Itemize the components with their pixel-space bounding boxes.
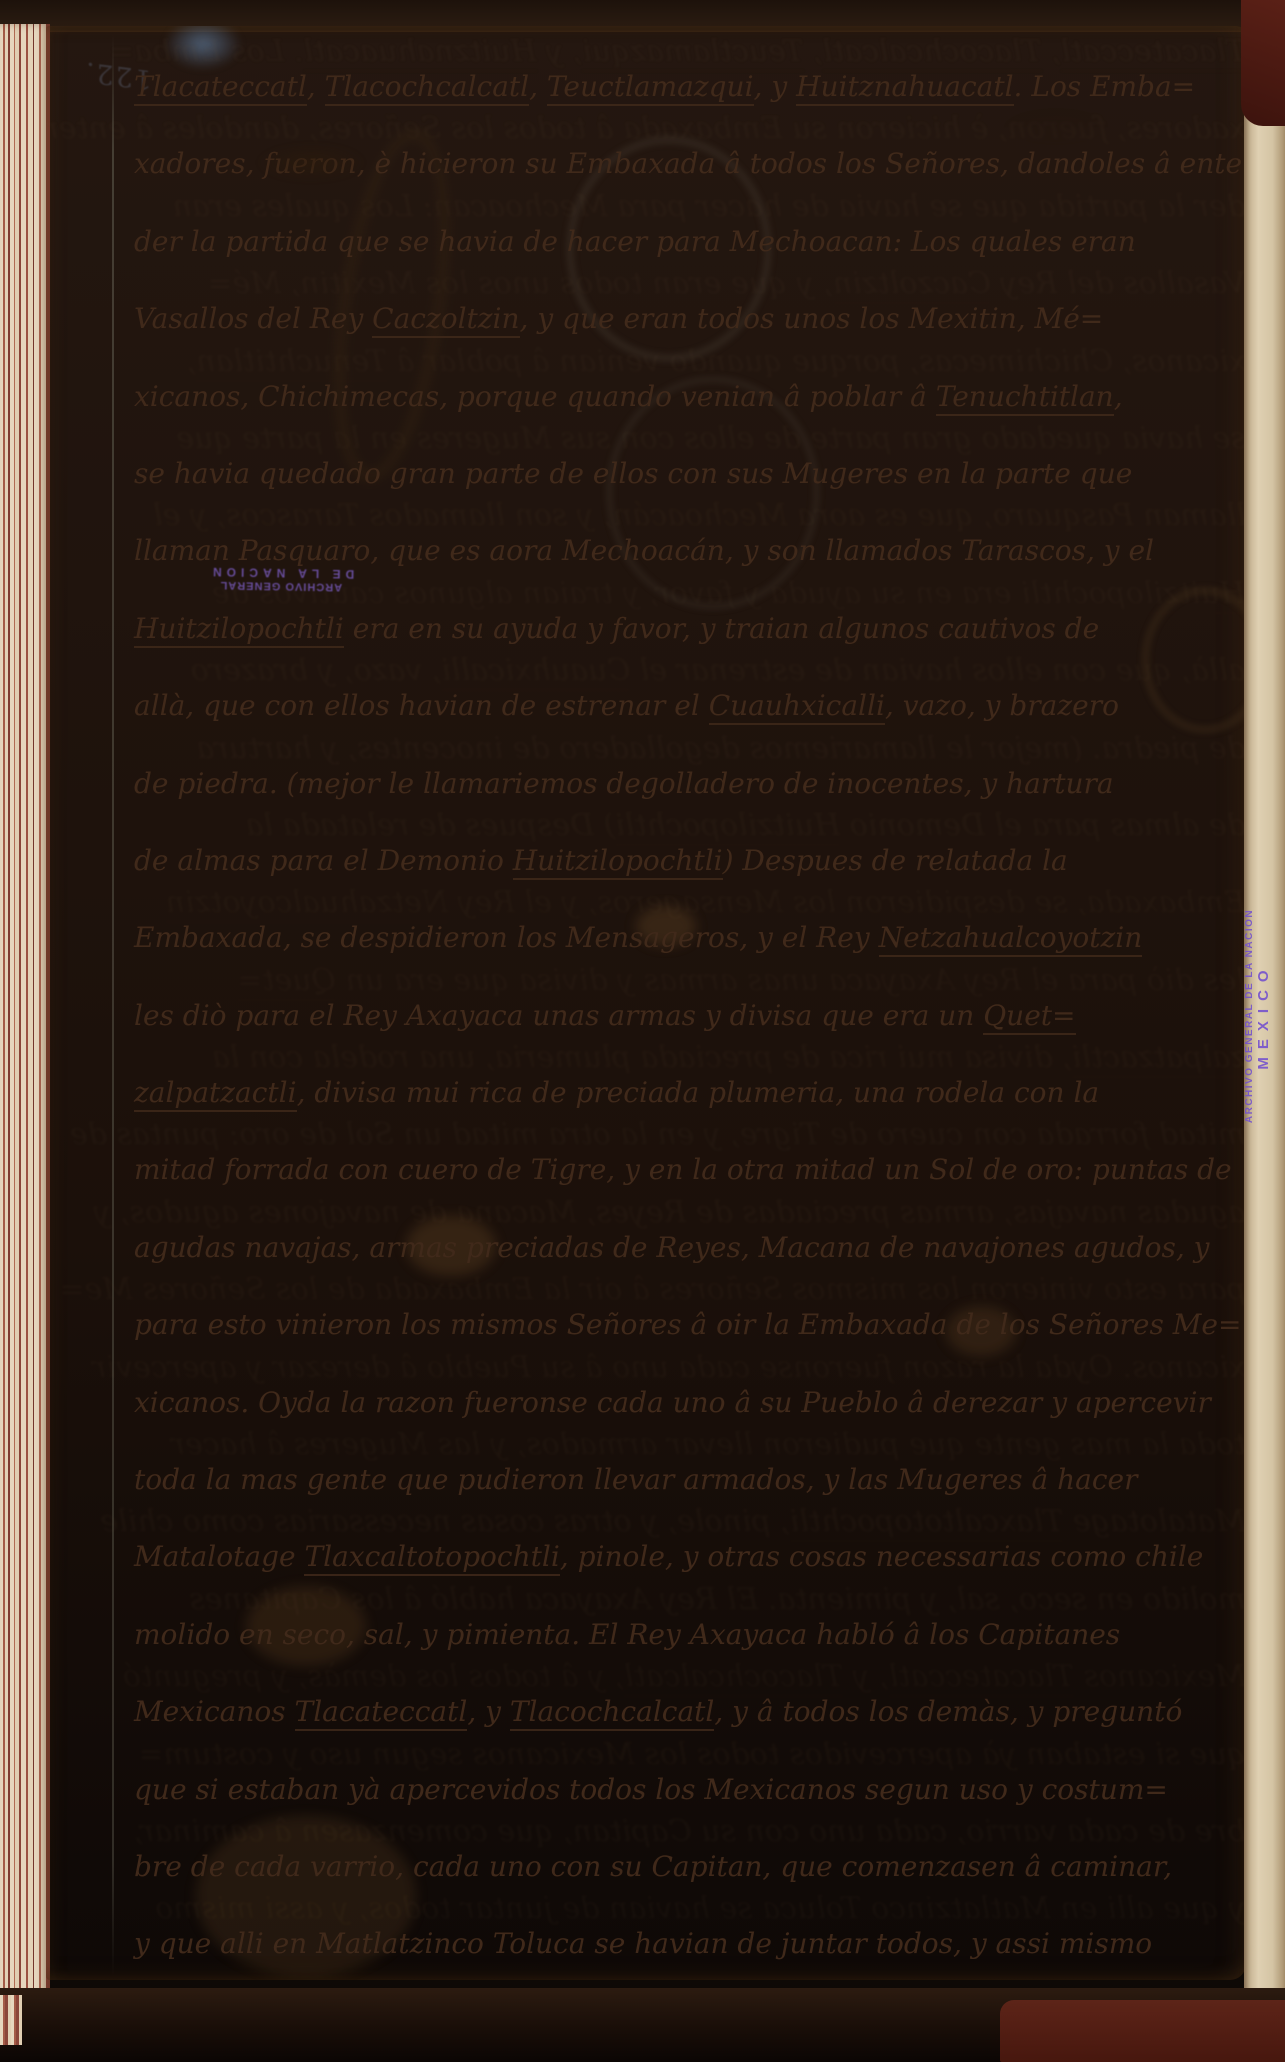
underlined-word: zalpatzactli: [134, 1076, 297, 1112]
text-segment: Matalotage: [134, 1540, 304, 1573]
underlined-word: Huitznahuacatl: [796, 70, 1013, 106]
text-segment: xadores,: [134, 147, 263, 180]
underlined-word: Tlaxcaltotopochtli: [304, 1540, 559, 1576]
manuscript-line: llaman Pasquaro, que es aora Mechoacán, …: [134, 512, 1240, 589]
manuscript-line: zalpatzactli, divisa mui rica de preciad…: [134, 1054, 1240, 1131]
text-segment: xicanos, Chichimecas, porque quando veni…: [134, 380, 936, 413]
manuscript-line: se havia quedado gran parte de ellos con…: [134, 435, 1240, 512]
manuscript-line: xadores, fueron, è hicieron su Embaxada …: [134, 125, 1240, 202]
text-segment: allà, que con ellos havian de estrenar e…: [134, 689, 709, 722]
text-segment: mitad forrada con cuero de Tigre, y en l…: [134, 1153, 1232, 1186]
text-segment: , y: [467, 1695, 510, 1728]
manuscript-line: Tlacateccatl, Tlacochcalcatl, Teuctlamaz…: [134, 48, 1240, 125]
text-segment: Vasallos del Rey: [134, 302, 372, 335]
underlined-word: Caczoltzin: [372, 302, 519, 338]
text-segment: bre de cada varrio, cada uno con su Capi…: [134, 1850, 1172, 1883]
book-cover-corner-bottom-right: [1000, 2000, 1285, 2062]
manuscript-line: agudas navajas, armas preciadas de Reyes…: [134, 1209, 1240, 1286]
text-segment: , y: [754, 70, 797, 103]
manuscript-line: que si estaban yà apercevidos todos los …: [134, 1751, 1240, 1828]
archive-stamp-line2: MEXICO: [1255, 866, 1272, 1166]
text-segment: , è hicieron su Embaxada â todos los Señ…: [357, 147, 1246, 180]
text-segment: se havia quedado gran parte de ellos con…: [134, 457, 1132, 490]
manuscript-line: para esto vinieron los mismos Señores â …: [134, 1286, 1240, 1363]
margin-rule-line: [112, 34, 114, 1976]
underlined-word: Quet=: [983, 999, 1075, 1035]
underlined-word: Huitzilopochtli: [134, 612, 344, 648]
text-segment: fueron: [263, 147, 356, 180]
manuscript-line: de almas para el Demonio Huitzilopochtli…: [134, 822, 1240, 899]
text-segment: , y que eran todos unos los Mexitin, Mé=: [520, 302, 1104, 335]
text-segment: de almas para el Demonio: [134, 844, 513, 877]
manuscript-line: Embaxada, se despidieron los Mensageros,…: [134, 899, 1240, 976]
text-segment: ,: [307, 70, 325, 103]
binding-marbled-edge: [0, 24, 50, 1999]
text-segment: de piedra. (mejor le llamariemos degolla…: [134, 767, 1114, 800]
manuscript-line: toda la mas gente que pudieron llevar ar…: [134, 1441, 1240, 1518]
text-segment: que si estaban yà apercevidos todos los …: [134, 1773, 1168, 1806]
manuscript-line: mitad forrada con cuero de Tigre, y en l…: [134, 1131, 1240, 1208]
text-block: Tlacateccatl, Tlacochcalcatl, Teuctlamaz…: [134, 48, 1240, 1980]
manuscript-line: de piedra. (mejor le llamariemos degolla…: [134, 745, 1240, 822]
text-segment: molido en seco, sal, y pimienta. El Rey …: [134, 1618, 1120, 1651]
text-segment: ,: [1114, 380, 1123, 413]
text-segment: toda la mas gente que pudieron llevar ar…: [134, 1463, 1138, 1496]
underlined-word: Huitzilopochtli: [513, 844, 723, 880]
book-photo: 122. Tlacateccatl, Tlacochcalcatl, Teuct…: [0, 0, 1285, 2062]
underlined-word: Cuauhxicalli: [709, 689, 885, 725]
book-cover-corner-top-right: [1241, 0, 1285, 126]
text-segment: ) Despues de relatada la: [723, 844, 1068, 877]
text-segment: llaman Pasquaro, que es aora Mechoacán, …: [134, 534, 1154, 567]
manuscript-line: allà, que con ellos havian de estrenar e…: [134, 667, 1240, 744]
text-segment: les diò para el Rey Axayaca unas armas y…: [134, 999, 983, 1032]
text-segment: para esto vinieron los mismos Señores â …: [134, 1308, 1241, 1341]
manuscript-line: xicanos. Oyda la razon fueronse cada uno…: [134, 1364, 1240, 1441]
archive-stamp-vertical: ARCHIVO GENERAL DE LA NACION MEXICO: [1244, 866, 1280, 1166]
underlined-word: Tlacateccatl: [295, 1695, 468, 1731]
text-segment: , divisa mui rica de preciada plumeria, …: [297, 1076, 1100, 1109]
manuscript-line: Vasallos del Rey Caczoltzin, y que eran …: [134, 280, 1240, 357]
underlined-word: Netzahualcoyotzin: [879, 921, 1143, 957]
manuscript-line: bre de cada varrio, cada uno con su Capi…: [134, 1828, 1240, 1905]
page-stack-edge: [52, 1968, 1232, 1988]
manuscript-line: xicanos, Chichimecas, porque quando veni…: [134, 358, 1240, 435]
manuscript-line: Matalotage Tlaxcaltotopochtli, pinole, y…: [134, 1518, 1240, 1595]
text-segment: Mexicanos: [134, 1695, 295, 1728]
manuscript-line: der la partida que se havia de hacer par…: [134, 203, 1240, 280]
manuscript-line: Huitzilopochtli era en su ayuda y favor,…: [134, 590, 1240, 667]
text-segment: . Los Emba=: [1014, 70, 1196, 103]
binding-corner-bottom-left: [0, 1995, 22, 2045]
manuscript-line: Mexicanos Tlacateccatl, y Tlacochcalcatl…: [134, 1673, 1240, 1750]
text-segment: , y â todos los demàs, y preguntó: [714, 1695, 1182, 1728]
underlined-word: Tlacochcalcatl: [510, 1695, 715, 1731]
text-segment: , pinole, y otras cosas necessarias como…: [560, 1540, 1204, 1573]
text-segment: Embaxada, se despidieron los Mensageros,…: [134, 921, 879, 954]
text-segment: xicanos. Oyda la razon fueronse cada uno…: [134, 1386, 1211, 1419]
text-segment: era en su ayuda y favor, y traian alguno…: [344, 612, 1099, 645]
text-segment: , vazo, y brazero: [885, 689, 1119, 722]
text-segment: der la partida que se havia de hacer par…: [134, 225, 1136, 258]
underlined-word: Teuctlamazqui: [547, 70, 754, 106]
manuscript-line: les diò para el Rey Axayaca unas armas y…: [134, 977, 1240, 1054]
text-segment: y que alli en Matlatzinco Toluca se havi…: [134, 1927, 1152, 1960]
text-segment: ,: [529, 70, 547, 103]
manuscript-page: 122. Tlacateccatl, Tlacochcalcatl, Teuct…: [46, 26, 1246, 1980]
facing-page-edge: ARCHIVO GENERAL DE LA NACION MEXICO: [1244, 108, 1285, 2010]
underlined-word: Tlacochcalcatl: [325, 70, 530, 106]
underlined-word: Tlacateccatl: [134, 70, 307, 106]
manuscript-line: molido en seco, sal, y pimienta. El Rey …: [134, 1596, 1240, 1673]
underlined-word: Tenuchtitlan: [936, 380, 1114, 416]
text-segment: agudas navajas, armas preciadas de Reyes…: [134, 1231, 1209, 1264]
archive-stamp-line1: ARCHIVO GENERAL DE LA NACION: [1244, 866, 1255, 1166]
